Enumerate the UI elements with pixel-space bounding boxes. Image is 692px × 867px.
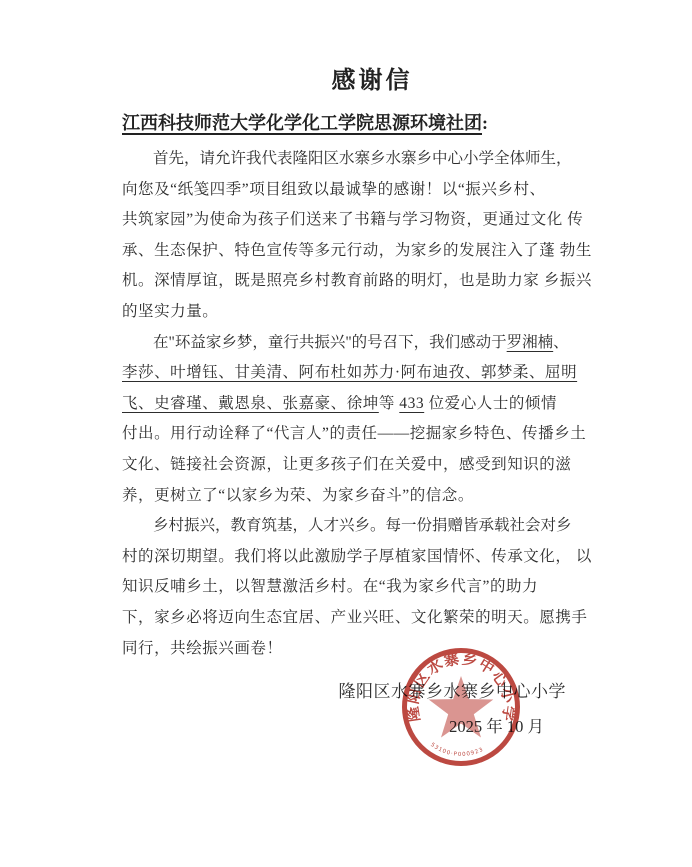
salutation-name: 江西科技师范大学化学化工学院思源环境社团 — [122, 113, 482, 133]
body-text: 机。深情厚谊，既是照亮乡村教育前路的明灯，也是助力家 乡振兴 — [122, 272, 592, 289]
letter-line-p1: 的坚实力量。 — [122, 297, 570, 328]
letter-line-p1: 共筑家园”为使命为孩子们送来了书籍与学习物资，更通过文化 传 — [122, 205, 570, 236]
underlined-text: 433 — [399, 395, 424, 412]
svg-text:53100·P000923: 53100·P000923 — [429, 742, 485, 758]
underlined-text: 李莎、叶增钰、甘美清、阿布杜如苏力·阿布迪孜、郭梦柔、屈明 — [122, 364, 577, 381]
letter-line-p3: 下，家乡必将迈向生态宜居、产业兴旺、文化繁荣的明天。愿携手 — [122, 603, 570, 634]
letter-line-p3: 同行，共绘振兴画卷！ — [122, 634, 570, 665]
underlined-text: 罗湘楠 — [507, 334, 554, 351]
body-text: 向您及“纸笺四季”项目组致以最诚挚的感谢！以“振兴乡村、 — [122, 181, 546, 198]
letter-body: 首先，请允许我代表隆阳区水寨乡水寨乡中心小学全体师生，向您及“纸笺四季”项目组致… — [122, 144, 570, 664]
body-text: 承、生态保护、特色宣传等多元行动，为家乡的发展注入了蓬 勃生 — [122, 242, 592, 259]
body-text: 养，更树立了“以家乡为荣、为家乡奋斗”的信念。 — [122, 487, 474, 504]
letter-line-p2: 李莎、叶增钰、甘美清、阿布杜如苏力·阿布迪孜、郭梦柔、屈明 — [122, 358, 570, 389]
letter-title: 感谢信 — [148, 66, 596, 96]
letter-line-p2: 在"环益家乡梦，童行共振兴"的号召下，我们感动于罗湘楠、 — [122, 328, 570, 359]
salutation-colon: : — [482, 113, 488, 133]
body-text: 知识反哺乡土，以智慧激活乡村。在“我为家乡代言”的助力 — [122, 578, 538, 595]
body-text: 文化、链接社会资源，让更多孩子们在关爱中，感受到知识的滋 — [122, 456, 571, 473]
body-text: 乡村振兴，教育筑基，人才兴乡。每一份捐赠皆承载社会对乡 — [153, 517, 572, 534]
body-text: 等 — [379, 395, 399, 412]
letter-line-p3: 知识反哺乡土，以智慧激活乡村。在“我为家乡代言”的助力 — [122, 572, 570, 603]
letter-line-p1: 机。深情厚谊，既是照亮乡村教育前路的明灯，也是助力家 乡振兴 — [122, 266, 570, 297]
body-text: 付出。用行动诠释了“代言人”的责任——挖掘家乡特色、传播乡土 — [122, 425, 586, 442]
body-text: 首先，请允许我代表隆阳区水寨乡水寨乡中心小学全体师生， — [153, 150, 572, 167]
body-text: 共筑家园”为使命为孩子们送来了书籍与学习物资，更通过文化 传 — [122, 211, 583, 228]
letter-line-p3: 乡村振兴，教育筑基，人才兴乡。每一份捐赠皆承载社会对乡 — [122, 511, 570, 542]
letter-content: 感谢信 江西科技师范大学化学化工学院思源环境社团: 首先，请允许我代表隆阳区水寨… — [122, 66, 570, 744]
date-line: 2025 年 10 月 — [122, 709, 570, 744]
body-text: 、 — [553, 334, 569, 351]
letter-line-p2: 养，更树立了“以家乡为荣、为家乡奋斗”的信念。 — [122, 481, 570, 512]
letter-line-p1: 首先，请允许我代表隆阳区水寨乡水寨乡中心小学全体师生， — [122, 144, 570, 175]
letter-line-p1: 承、生态保护、特色宣传等多元行动，为家乡的发展注入了蓬 勃生 — [122, 236, 570, 267]
body-text: 的坚实力量。 — [122, 303, 218, 320]
salutation: 江西科技师范大学化学化工学院思源环境社团: — [122, 110, 570, 136]
body-text: 村的深切期望。我们将以此激励学子厚植家国情怀、传承文化， 以 — [122, 548, 592, 565]
letter-line-p3: 村的深切期望。我们将以此激励学子厚植家国情怀、传承文化， 以 — [122, 542, 570, 573]
body-text: 位爱心人士的倾情 — [424, 395, 557, 412]
body-text: 同行，共绘振兴画卷！ — [122, 640, 283, 657]
letter-line-p2: 文化、链接社会资源，让更多孩子们在关爱中，感受到知识的滋 — [122, 450, 570, 481]
letter-line-p2: 付出。用行动诠释了“代言人”的责任——挖掘家乡特色、传播乡土 — [122, 419, 570, 450]
signature-line: 隆阳区水寨乡水寨乡中心小学 — [122, 674, 570, 709]
letter-line-p2: 飞、史睿瑾、戴恩泉、张嘉豪、徐坤等 433 位爱心人士的倾情 — [122, 389, 570, 420]
seal-code: 53100·P000923 — [429, 742, 485, 758]
letter-line-p1: 向您及“纸笺四季”项目组致以最诚挚的感谢！以“振兴乡村、 — [122, 175, 570, 206]
letter-page: 感谢信 江西科技师范大学化学化工学院思源环境社团: 首先，请允许我代表隆阳区水寨… — [0, 0, 692, 867]
body-text: 在"环益家乡梦，童行共振兴"的号召下，我们感动于 — [153, 334, 507, 351]
underlined-text: 飞、史睿瑾、戴恩泉、张嘉豪、徐坤 — [122, 395, 379, 412]
body-text: 下，家乡必将迈向生态宜居、产业兴旺、文化繁荣的明天。愿携手 — [122, 609, 587, 626]
